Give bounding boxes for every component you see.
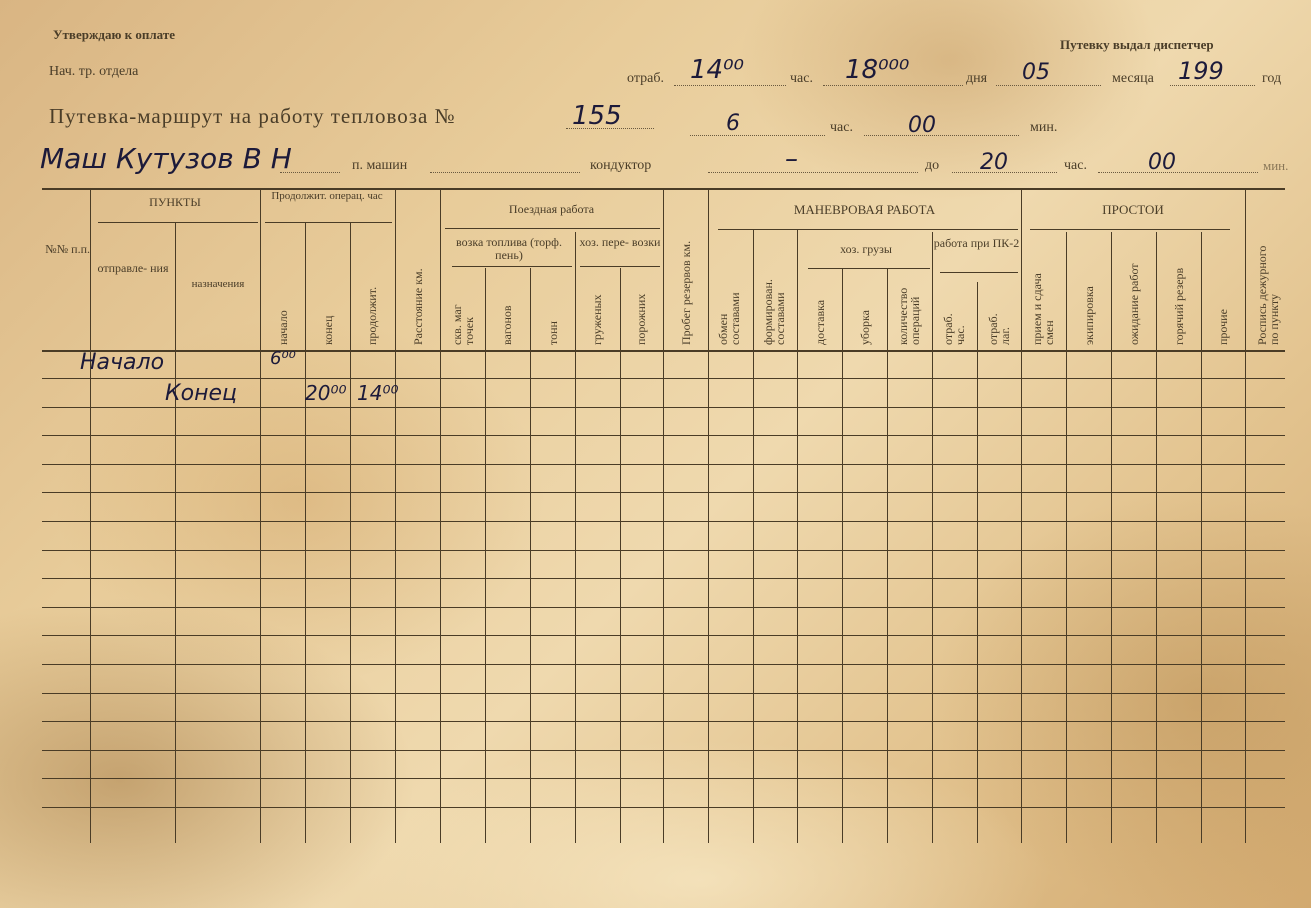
start-hour[interactable]: 6: [726, 111, 740, 136]
conductor-value[interactable]: –: [785, 144, 798, 174]
month-label: месяца: [1112, 71, 1154, 87]
col-other: прочие: [1217, 300, 1229, 345]
col-end: конец: [322, 295, 334, 345]
col-pk-hours: отраб. час.: [942, 300, 966, 345]
row2-destination[interactable]: Конец: [165, 381, 237, 406]
col-pk-lag: отраб. лаг.: [987, 300, 1011, 345]
year-label: год: [1262, 71, 1281, 87]
col-loaded: груженых: [591, 275, 603, 345]
col-ops-count: количество операций: [897, 272, 921, 345]
assistant-label: п. машин: [352, 158, 407, 174]
group-shunting: МАНЕВРОВАЯ РАБОТА: [708, 203, 1021, 216]
start-hour-label: час.: [830, 120, 853, 136]
group-train-work: Поездная работа: [440, 203, 663, 216]
group-idle: ПРОСТОИ: [1021, 203, 1245, 216]
group-duration: Продолжит. операц. час: [262, 190, 392, 202]
col-shift: прием и сдача смен: [1031, 240, 1055, 345]
col-reserve-run: Пробег резервов км.: [680, 210, 692, 345]
until-label: до: [925, 158, 939, 174]
loco-number[interactable]: 155: [572, 101, 622, 131]
chief-label: Нач. тр. отдела: [49, 64, 138, 80]
col-cleanup: уборка: [859, 290, 871, 345]
worked-label: отраб.: [627, 71, 664, 87]
group-pk2: работа при ПК-2: [932, 237, 1021, 250]
row2-duration[interactable]: 14⁰⁰: [357, 381, 398, 405]
col-tons: тонн: [547, 310, 559, 345]
col-signature: Роспись дежурного по пункту: [1256, 210, 1280, 345]
col-destination: назначения: [176, 278, 260, 291]
day-value[interactable]: 05: [1022, 60, 1050, 85]
col-forming: формирован. составами: [762, 232, 786, 345]
start-min-label: мин.: [1030, 120, 1057, 136]
dispatcher-label: Путевку выдал диспетчер: [1060, 37, 1214, 53]
approve-label: Утверждаю к оплате: [53, 27, 175, 43]
col-stops: скв. маг точек: [451, 270, 475, 345]
col-waiting: ожидание работ: [1128, 240, 1140, 345]
day-label: дня: [966, 71, 987, 87]
until-hour[interactable]: 20: [980, 150, 1008, 175]
col-empty: порожних: [635, 275, 647, 345]
until-min[interactable]: 00: [1148, 150, 1176, 175]
col-wagons: вагонов: [501, 275, 513, 345]
page-title: Путевка-маршрут на работу тепловоза №: [49, 104, 456, 129]
worked-value[interactable]: 14⁰⁰: [690, 55, 744, 85]
col-start: начало: [277, 285, 289, 345]
hour-value[interactable]: 18⁰⁰⁰: [845, 55, 909, 85]
col-exchange: обмен составами: [717, 280, 741, 345]
driver-name[interactable]: Маш Кутузов В Н: [40, 142, 292, 175]
row1-start[interactable]: 6⁰⁰: [270, 348, 296, 369]
group-fuel: возка топлива (торф. пень): [445, 236, 573, 262]
group-cargo: хоз. грузы: [800, 243, 932, 256]
hour-label: час.: [790, 71, 813, 87]
month-value[interactable]: 199: [1178, 57, 1224, 85]
conductor-label: кондуктор: [590, 158, 651, 174]
group-household: хоз. пере- возки: [578, 236, 662, 249]
row1-departure[interactable]: Начало: [80, 350, 164, 375]
col-hot-reserve: горячий резерв: [1173, 240, 1185, 345]
col-delivery: доставка: [814, 272, 826, 345]
col-num: №№ п.п.: [42, 243, 90, 256]
col-distance: Расстояние км.: [412, 225, 424, 345]
start-min[interactable]: 00: [908, 113, 936, 138]
col-departure: отправле- ния: [92, 262, 174, 275]
group-points: ПУНКТЫ: [90, 196, 260, 209]
col-duration: продолжит.: [366, 265, 378, 345]
row2-end[interactable]: 20⁰⁰: [305, 381, 346, 405]
col-equip: экипировка: [1083, 265, 1095, 345]
until-min-label: мин.: [1263, 158, 1288, 174]
until-hour-label: час.: [1064, 158, 1087, 174]
